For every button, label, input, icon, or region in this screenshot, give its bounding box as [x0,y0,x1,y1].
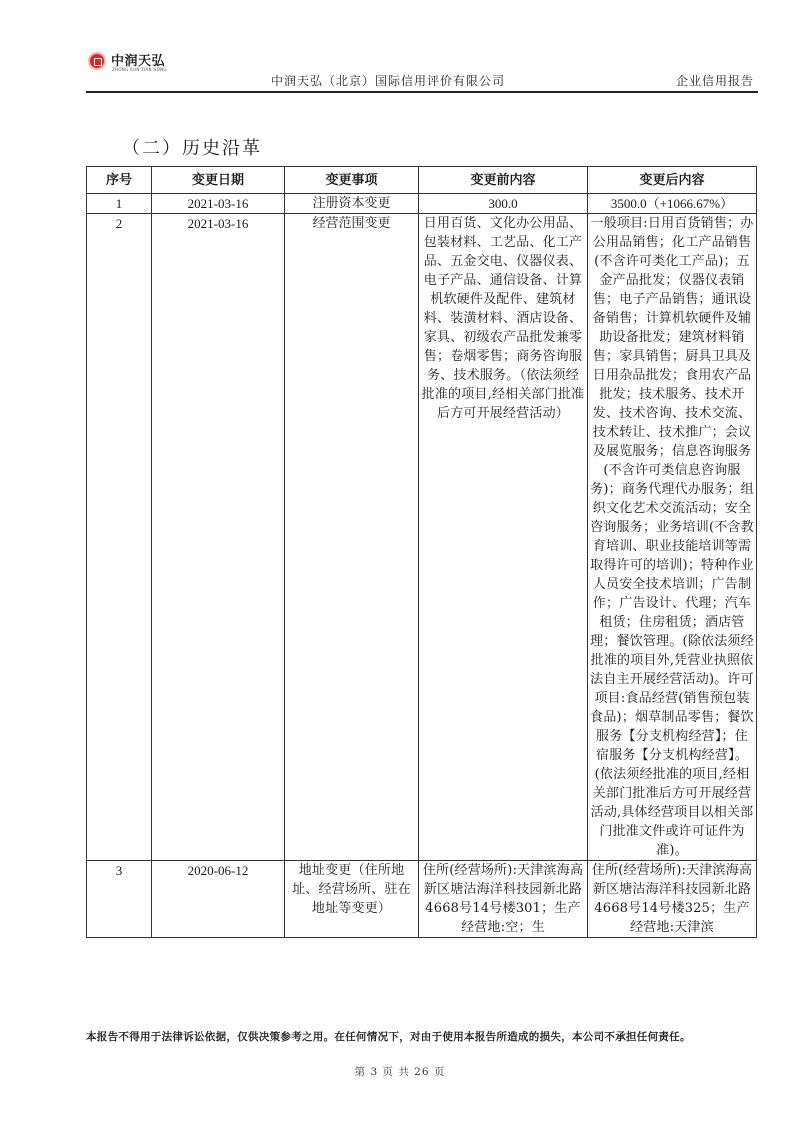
page-number: 第 3 页 共 26 页 [0,1064,800,1079]
table-header-row: 序号 变更日期 变更事项 变更前内容 变更后内容 [87,167,757,194]
disclaimer: 本报告不得用于法律诉讼依据，仅供决策参考之用。在任何情况下，对由于使用本报告所造… [86,1029,758,1046]
section-title: （二）历史沿革 [122,134,262,160]
cell-no: 1 [87,194,152,214]
cell-after: 3500.0（+1066.67%） [588,194,757,214]
cell-before: 300.0 [419,194,588,214]
table-row: 2 2021-03-16 经营范围变更 日用百货、文化办公用品、包装材料、工艺品… [87,214,757,861]
column-header-date: 变更日期 [152,167,285,194]
column-header-before: 变更前内容 [419,167,588,194]
column-header-no: 序号 [87,167,152,194]
cell-date: 2020-06-12 [152,861,285,938]
table-row: 3 2020-06-12 地址变更（住所地址、经营场所、驻在地址等变更） 住所(… [87,861,757,938]
cell-after: 住所(经营场所):天津滨海高新区塘沽海洋科技园新北路4668号14号楼325；生… [588,861,757,938]
page-header: 中润天弘 ZHONG RUN TIAN HONG 中润天弘（北京）国际信用评价有… [86,50,758,90]
cell-before: 日用百货、文化办公用品、包装材料、工艺品、化工产品、五金交电、仪器仪表、电子产品… [419,214,588,861]
cell-before: 住所(经营场所):天津滨海高新区塘沽海洋科技园新北路4668号14号楼301；生… [419,861,588,938]
cell-no: 3 [87,861,152,938]
cell-after: 一般项目:日用百货销售；办公用品销售；化工产品销售(不含许可类化工产品)；五金产… [588,214,757,861]
logo-emblem-icon [88,52,106,70]
column-header-after: 变更后内容 [588,167,757,194]
header-divider [86,91,758,93]
cell-date: 2021-03-16 [152,194,285,214]
company-name: 中润天弘（北京）国际信用评价有限公司 [271,72,505,89]
cell-no: 2 [87,214,152,861]
logo-subtitle: ZHONG RUN TIAN HONG [112,67,167,72]
cell-item: 注册资本变更 [285,194,419,214]
report-type: 企业信用报告 [676,72,754,89]
cell-date: 2021-03-16 [152,214,285,861]
history-table: 序号 变更日期 变更事项 变更前内容 变更后内容 1 2021-03-16 注册… [86,166,757,938]
cell-item: 地址变更（住所地址、经营场所、驻在地址等变更） [285,861,419,938]
table-row: 1 2021-03-16 注册资本变更 300.0 3500.0（+1066.6… [87,194,757,214]
cell-item: 经营范围变更 [285,214,419,861]
column-header-item: 变更事项 [285,167,419,194]
company-logo: 中润天弘 ZHONG RUN TIAN HONG [86,50,186,80]
